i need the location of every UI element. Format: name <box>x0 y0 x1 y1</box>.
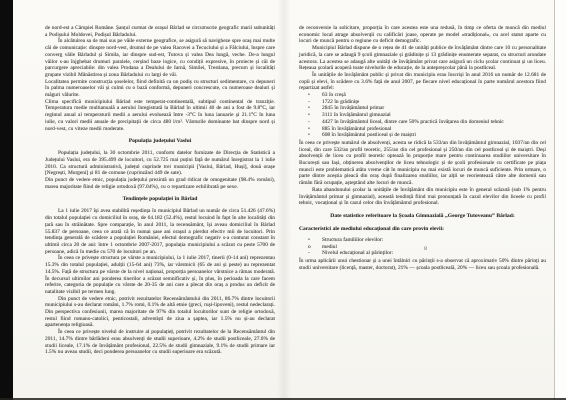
paragraph: Rata abandonului școlar la unitățile de … <box>299 187 546 207</box>
section-heading: Populația județului Vaslui <box>45 138 275 145</box>
bullet-marker: • <box>308 92 322 99</box>
scanned-document-spread: de nord-est a Câmpiei Române. Șanțul cur… <box>0 0 566 400</box>
bullet-marker: • <box>308 132 322 139</box>
bullet-marker: - <box>308 99 322 106</box>
list-item-text: Structura familiilor elevilor: <box>322 237 546 244</box>
page-left-text: de nord-est a Câmpiei Române. Șanțul cur… <box>45 25 275 356</box>
paragraph: de reconversie la solicitare, proporția … <box>299 25 546 45</box>
paragraph: de nord-est a Câmpiei Române. Șanțul cur… <box>45 25 275 38</box>
list-item: •Structura familiilor elevilor: <box>299 237 546 244</box>
paragraph: Din punct de vedere etnic, populația jud… <box>45 177 275 190</box>
bullet-marker: • <box>308 237 322 244</box>
paragraph: Populația județului, la 30 octombrie 201… <box>45 150 275 177</box>
section-heading: Date statistice referitoare la Școala Gi… <box>299 213 546 220</box>
list-item: •3111 în învățământul gimnazial <box>299 112 546 119</box>
paragraph: În ceea ce privește numărul de absolvenț… <box>299 140 546 187</box>
section-subheading: Caracteristici ale mediului educațional … <box>299 226 546 233</box>
list-item: •608 în învățământul postliceal și de ma… <box>299 132 546 139</box>
bullet-list: •63 în creșă-1722 în grădinițe•2845 în î… <box>299 92 546 139</box>
paragraph: În alcătuirea sa de mai sus pe văile ext… <box>45 38 275 78</box>
list-item-text: 608 în învățământul postliceal și de mai… <box>322 132 546 139</box>
list-item: -4427 în învățământul liceal, dintre car… <box>299 119 546 126</box>
page-edge-line <box>554 0 555 400</box>
bullet-marker: - <box>308 119 322 126</box>
page-right-text: de reconversie la solicitare, proporția … <box>299 25 546 272</box>
paragraph: În ceea ce privește structura pe vârste … <box>45 255 275 295</box>
page-number-left: 7 <box>45 330 275 336</box>
list-item-text: 3111 în învățământul gimnazial <box>322 112 546 119</box>
list-item: •63 în creșă <box>299 92 546 99</box>
bullet-marker: • <box>308 105 322 112</box>
scan-left-edge <box>0 0 13 400</box>
list-item-text: 63 în creșă <box>322 92 546 99</box>
page-number-right: 8 <box>299 246 546 252</box>
paragraph: Clima specifică municipiului Bârlad este… <box>45 99 275 133</box>
section-heading: Tendințele populației în Bârlad <box>45 196 275 203</box>
paragraph: În urma aplicării unui chestionar și a u… <box>299 258 546 271</box>
list-item-text: 4427 în învățământul liceal, dintre care… <box>322 119 546 126</box>
bullet-marker: • <box>308 112 322 119</box>
paragraph: În unitățile de învățământ public și pri… <box>299 72 546 92</box>
page-right: de reconversie la solicitare, proporția … <box>285 0 554 400</box>
bullet-marker: • <box>308 126 322 133</box>
paragraph: Localitatea permite construcția șoselelo… <box>45 79 275 99</box>
paragraph: Municipiul Bârlad dispune de o rețea de … <box>299 45 546 72</box>
paragraph: La 1 iulie 2017 își avea stabilită reșed… <box>45 208 275 255</box>
paragraph: Din punct de vedere etnic, potrivit rezu… <box>45 296 275 330</box>
page-left: de nord-est a Câmpiei Române. Șanțul cur… <box>13 0 284 400</box>
scan-right-margin <box>555 0 566 400</box>
